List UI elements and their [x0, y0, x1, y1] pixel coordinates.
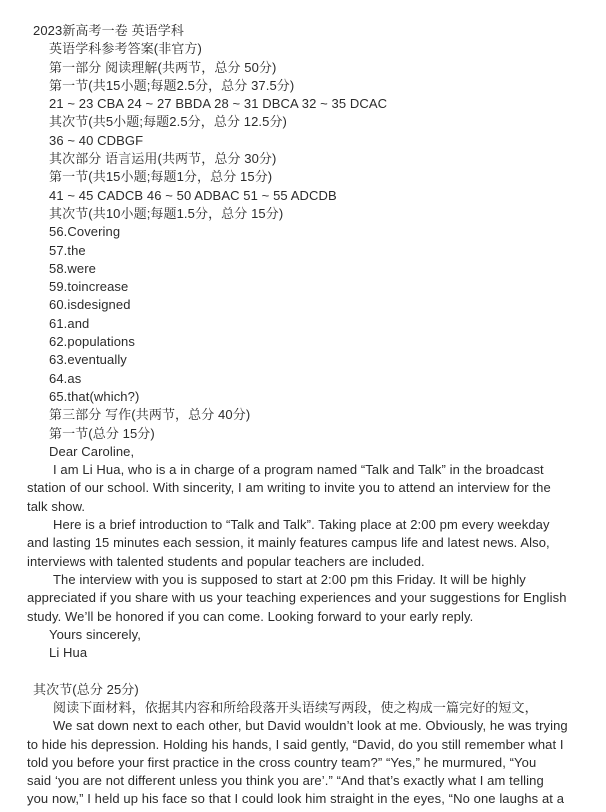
answer-56: 56.Covering	[0, 223, 606, 241]
answer-63: 63.eventually	[0, 351, 606, 369]
document-lines: 2023新高考一卷 英语学科英语学科参考答案(非官方)第一部分 阅读理解(共两节…	[0, 22, 606, 809]
letter-body-line: talk show.	[0, 498, 606, 516]
writing-prompt: 阅读下面材料，依据其内容和所给段落开头语续写两段，使之构成一篇完好的短文，	[0, 699, 606, 717]
letter-body-line: study. We’ll be honored if you can come.…	[0, 608, 606, 626]
answers-41-55: 41 ~ 45 CADCB 46 ~ 50 ADBAC 51 ~ 55 ADCD…	[0, 187, 606, 205]
answer-58: 58.were	[0, 260, 606, 278]
part1-section2-heading: 其次节(共5小题;每题2.5分，总分 12.5分)	[0, 113, 606, 131]
letter-body-line: Here is a brief introduction to “Talk an…	[0, 516, 606, 534]
letter-body-line: and lasting 15 minutes each session, it …	[0, 534, 606, 552]
letter-body-line: The interview with you is supposed to st…	[0, 571, 606, 589]
letter-body-line: interviews with talented students and po…	[0, 553, 606, 571]
letter-body-line: station of our school. With sincerity, I…	[0, 479, 606, 497]
document-page: 2023新高考一卷 英语学科英语学科参考答案(非官方)第一部分 阅读理解(共两节…	[0, 0, 606, 812]
part3-section1-heading: 第一节(总分 15分)	[0, 425, 606, 443]
answer-62: 62.populations	[0, 333, 606, 351]
letter-closing: Yours sincerely,	[0, 626, 606, 644]
story-line: you now,” I held up his face so that I c…	[0, 790, 606, 808]
part1-section1-heading: 第一节(共15小题;每题2.5分，总分 37.5分)	[0, 77, 606, 95]
answer-65: 65.that(which?)	[0, 388, 606, 406]
blank-line	[0, 662, 606, 680]
story-line: said ‘you are not different unless you t…	[0, 772, 606, 790]
answer-61: 61.and	[0, 315, 606, 333]
answer-60: 60.isdesigned	[0, 296, 606, 314]
part3-heading: 第三部分 写作(共两节，总分 40分)	[0, 406, 606, 424]
letter-salutation: Dear Caroline,	[0, 443, 606, 461]
answer-57: 57.the	[0, 242, 606, 260]
part3-section2-heading: 其次节(总分 25分)	[0, 681, 606, 699]
answer-key-heading: 英语学科参考答案(非官方)	[0, 40, 606, 58]
part1-heading: 第一部分 阅读理解(共两节，总分 50分)	[0, 59, 606, 77]
story-line: to hide his depression. Holding his hand…	[0, 736, 606, 754]
letter-body-line: I am Li Hua, who is a in charge of a pro…	[0, 461, 606, 479]
part2-heading: 其次部分 语言运用(共两节，总分 30分)	[0, 150, 606, 168]
answer-64: 64.as	[0, 370, 606, 388]
story-line: We sat down next to each other, but Davi…	[0, 717, 606, 735]
part2-section1-heading: 第一节(共15小题;每题1分，总分 15分)	[0, 168, 606, 186]
answer-59: 59.toincrease	[0, 278, 606, 296]
answers-36-40: 36 ~ 40 CDBGF	[0, 132, 606, 150]
story-line: told you before your first practice in t…	[0, 754, 606, 772]
part2-section2-heading: 其次节(共10小题;每题1.5分，总分 15分)	[0, 205, 606, 223]
answers-21-35: 21 ~ 23 CBA 24 ~ 27 BBDA 28 ~ 31 DBCA 32…	[0, 95, 606, 113]
doc-title: 2023新高考一卷 英语学科	[0, 22, 606, 40]
letter-signature: Li Hua	[0, 644, 606, 662]
letter-body-line: appreciated if you share with us your te…	[0, 589, 606, 607]
